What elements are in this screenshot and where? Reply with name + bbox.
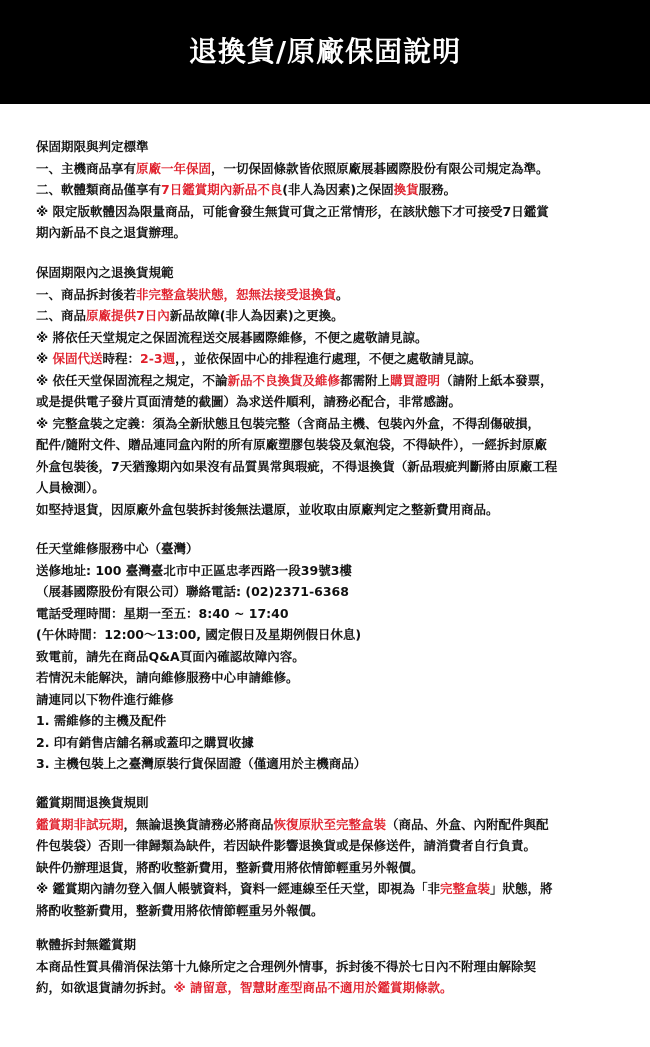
body-text: ※ 限定版軟體因為限量商品，可能會發生無貨可貨之正常情形，在該狀態下才可接受7日…	[36, 204, 549, 219]
highlight-text: 非完整盒裝狀態，恕無法接受退換貨	[136, 287, 336, 302]
body-text: 時程：	[103, 351, 141, 366]
section-appreciation-period: 鑑賞期間退換貨規則 鑑賞期非試玩期，無論退換貨請務必將商品恢復原狀至完整盒裝（商…	[36, 792, 626, 921]
body-text: 約，如欲退貨請勿拆封。	[36, 980, 174, 995]
text-line: (午休時間：12:00～13:00, 國定假日及星期例假日休息)	[36, 624, 626, 646]
body-text: 送修地址: 100 臺灣臺北市中正區忠孝西路一段39號3樓	[36, 563, 352, 578]
text-line: （展碁國際股份有限公司）聯絡電話: (02)2371-6368	[36, 581, 626, 603]
body-text: 服務。	[419, 182, 457, 197]
body-text: （請附上紙本發票，	[440, 373, 553, 388]
body-text: (非人為因素)之保固	[282, 182, 393, 197]
body-text: 期內新品不良之退貨辦理。	[36, 225, 186, 240]
highlight-text: 恢復原狀至完整盒裝	[274, 817, 387, 832]
text-line: 本商品性質具備消保法第十九條所定之合理例外情事，拆封後不得於七日內不附理由解除契	[36, 956, 626, 978]
text-line: ※ 保固代送時程：2-3週，，並依保固中心的排程進行處理，不便之處敬請見諒。	[36, 348, 626, 370]
body-text: 2. 印有銷售店舖名稱或蓋印之購買收據	[36, 735, 254, 750]
section-service-center: 任天堂維修服務中心（臺灣） 送修地址: 100 臺灣臺北市中正區忠孝西路一段39…	[36, 538, 626, 775]
text-line: 或是提供電子發片頁面清楚的截圖）為求送件順利，請務必配合，非常感謝。	[36, 391, 626, 413]
body-text: 請連同以下物件進行維修	[36, 692, 174, 707]
body-text: 」狀態，將	[490, 881, 553, 896]
body-text: 缺件仍辦理退貨，將酌收整新費用，整新費用將依情節輕重另外報價。	[36, 860, 424, 875]
section-title: 鑑賞期間退換貨規則	[36, 792, 626, 814]
body-text: 本商品性質具備消保法第十九條所定之合理例外情事，拆封後不得於七日內不附理由解除契	[36, 959, 536, 974]
body-text: 致電前，請先在商品Q&A頁面內確認故障內容。	[36, 649, 305, 664]
body-text: 若情況未能解決，請向維修服務中心申請維修。	[36, 670, 299, 685]
body-text: ，一切保固條款皆依照原廠展碁國際股份有限公司規定為準。	[211, 161, 549, 176]
text-line: 2. 印有銷售店舖名稱或蓋印之購買收據	[36, 732, 626, 754]
body-text: 電話受理時間：星期一至五：8:40 ~ 17:40	[36, 606, 289, 621]
text-line: 期內新品不良之退貨辦理。	[36, 222, 626, 244]
section-title: 任天堂維修服務中心（臺灣）	[36, 538, 626, 560]
text-line: 如堅持退貨，因原廠外盒包裝拆封後無法還原，並收取由原廠判定之整新費用商品。	[36, 499, 626, 521]
body-text: 或是提供電子發片頁面清楚的截圖）為求送件順利，請務必配合，非常感謝。	[36, 394, 461, 409]
text-line: ※ 將依任天堂規定之保固流程送交展碁國際維修，不便之處敬請見諒。	[36, 327, 626, 349]
text-line: 若情況未能解決，請向維修服務中心申請維修。	[36, 667, 626, 689]
page-title: 退換貨/原廠保固說明	[189, 30, 461, 70]
body-text: 人員檢測）。	[36, 480, 105, 495]
body-text: ※ 鑑賞期內請勿登入個人帳號資料，資料一經連線至任天堂，即視為「非	[36, 881, 440, 896]
text-line: ※ 鑑賞期內請勿登入個人帳號資料，資料一經連線至任天堂，即視為「非完整盒裝」狀態…	[36, 878, 626, 900]
section-title: 保固期限與判定標準	[36, 136, 626, 158]
text-line: 致電前，請先在商品Q&A頁面內確認故障內容。	[36, 646, 626, 668]
section-body: 本商品性質具備消保法第十九條所定之合理例外情事，拆封後不得於七日內不附理由解除契…	[36, 956, 626, 999]
body-text: 3. 主機包裝上之臺灣原裝行貨保固證（僅適用於主機商品）	[36, 756, 366, 771]
text-line: ※ 依任天堂保固流程之規定，不論新品不良換貨及維修都需附上購買證明（請附上紙本發…	[36, 370, 626, 392]
body-text: ，，並依保固中心的排程進行處理，不便之處敬請見諒。	[175, 351, 481, 366]
text-line: 鑑賞期非試玩期，無論退換貨請務必將商品恢復原狀至完整盒裝（商品、外盒、內附配件與…	[36, 814, 626, 836]
body-text: ，無論退換貨請務必將商品	[124, 817, 274, 832]
body-text: ※ 將依任天堂規定之保固流程送交展碁國際維修，不便之處敬請見諒。	[36, 330, 428, 345]
text-line: 件包裝袋）否則一律歸類為缺件，若因缺件影響退換貨或是保修送件，請消費者自行負責。	[36, 835, 626, 857]
section-body: 送修地址: 100 臺灣臺北市中正區忠孝西路一段39號3樓（展碁國際股份有限公司…	[36, 560, 626, 775]
section-body: 一、主機商品享有原廠一年保固，一切保固條款皆依照原廠展碁國際股份有限公司規定為準…	[36, 158, 626, 244]
highlight-text: 新品不良換貨及維修	[228, 373, 341, 388]
section-software-unsealed: 軟體拆封無鑑賞期 本商品性質具備消保法第十九條所定之合理例外情事，拆封後不得於七…	[36, 934, 626, 999]
highlight-text: 完整盒裝	[440, 881, 490, 896]
text-line: 請連同以下物件進行維修	[36, 689, 626, 711]
text-line: 人員檢測）。	[36, 477, 626, 499]
text-line: 二、商品原廠提供7日內新品故障(非人為因素)之更換。	[36, 305, 626, 327]
highlight-text: 7日鑑賞期內新品不良	[161, 182, 282, 197]
body-text: 。	[336, 287, 349, 302]
highlight-text: 鑑賞期非試玩期	[36, 817, 124, 832]
body-text: ※	[36, 351, 53, 366]
text-line: 外盒包裝後，7天猶豫期內如果沒有品質異常與瑕疵，不得退換貨（新品瑕疵判斷將由原廠…	[36, 456, 626, 478]
text-line: ※ 完整盒裝之定義：須為全新狀態且包裝完整（含商品主機、包裝內外盒，不得刮傷破損…	[36, 413, 626, 435]
text-line: 將酌收整新費用，整新費用將依情節輕重另外報價。	[36, 900, 626, 922]
text-line: 配件/隨附文件、贈品連同盒內附的所有原廠塑膠包裝袋及氣泡袋，不得缺件），一經拆封…	[36, 434, 626, 456]
text-line: 一、主機商品享有原廠一年保固，一切保固條款皆依照原廠展碁國際股份有限公司規定為準…	[36, 158, 626, 180]
body-text: (午休時間：12:00～13:00, 國定假日及星期例假日休息)	[36, 627, 361, 642]
body-text: （商品、外盒、內附配件與配	[386, 817, 549, 832]
body-text: ※ 依任天堂保固流程之規定，不論	[36, 373, 228, 388]
text-line: 1. 需維修的主機及配件	[36, 710, 626, 732]
section-return-rules: 保固期限內之退換貨規範 一、商品拆封後若非完整盒裝狀態，恕無法接受退換貨。二、商…	[36, 262, 626, 520]
body-text: 如堅持退貨，因原廠外盒包裝拆封後無法還原，並收取由原廠判定之整新費用商品。	[36, 502, 499, 517]
text-line: 電話受理時間：星期一至五：8:40 ~ 17:40	[36, 603, 626, 625]
highlight-text: 2-3週	[140, 351, 175, 366]
body-text: （展碁國際股份有限公司）聯絡電話: (02)2371-6368	[36, 584, 349, 599]
body-text: 外盒包裝後，7天猶豫期內如果沒有品質異常與瑕疵，不得退換貨（新品瑕疵判斷將由原廠…	[36, 459, 557, 474]
text-line: 3. 主機包裝上之臺灣原裝行貨保固證（僅適用於主機商品）	[36, 753, 626, 775]
body-text: ※ 完整盒裝之定義：須為全新狀態且包裝完整（含商品主機、包裝內外盒，不得刮傷破損…	[36, 416, 540, 431]
section-warranty-period: 保固期限與判定標準 一、主機商品享有原廠一年保固，一切保固條款皆依照原廠展碁國際…	[36, 136, 626, 244]
highlight-text: 原廠一年保固	[136, 161, 211, 176]
text-line: 約，如欲退貨請勿拆封。※ 請留意，智慧財產型商品不適用於鑑賞期條款。	[36, 977, 626, 999]
section-title: 保固期限內之退換貨規範	[36, 262, 626, 284]
body-text: 一、主機商品享有	[36, 161, 136, 176]
section-title: 軟體拆封無鑑賞期	[36, 934, 626, 956]
section-body: 鑑賞期非試玩期，無論退換貨請務必將商品恢復原狀至完整盒裝（商品、外盒、內附配件與…	[36, 814, 626, 922]
highlight-text: 購買證明	[390, 373, 440, 388]
body-text: 二、商品	[36, 308, 86, 323]
text-line: 一、商品拆封後若非完整盒裝狀態，恕無法接受退換貨。	[36, 284, 626, 306]
body-text: 配件/隨附文件、贈品連同盒內附的所有原廠塑膠包裝袋及氣泡袋，不得缺件），一經拆封…	[36, 437, 547, 452]
page-header: 退換貨/原廠保固說明	[0, 0, 650, 104]
body-text: 新品故障(非人為因素)之更換。	[170, 308, 344, 323]
body-text: 件包裝袋）否則一律歸類為缺件，若因缺件影響退換貨或是保修送件，請消費者自行負責。	[36, 838, 536, 853]
body-text: 1. 需維修的主機及配件	[36, 713, 166, 728]
highlight-text: 原廠提供7日內	[86, 308, 170, 323]
text-line: 送修地址: 100 臺灣臺北市中正區忠孝西路一段39號3樓	[36, 560, 626, 582]
body-text: 將酌收整新費用，整新費用將依情節輕重另外報價。	[36, 903, 324, 918]
body-text: 一、商品拆封後若	[36, 287, 136, 302]
section-body: 一、商品拆封後若非完整盒裝狀態，恕無法接受退換貨。二、商品原廠提供7日內新品故障…	[36, 284, 626, 521]
text-line: 二、軟體類商品僅享有7日鑑賞期內新品不良(非人為因素)之保固換貨服務。	[36, 179, 626, 201]
highlight-text: ※ 請留意，智慧財產型商品不適用於鑑賞期條款。	[174, 980, 453, 995]
highlight-text: 換貨	[394, 182, 419, 197]
text-line: ※ 限定版軟體因為限量商品，可能會發生無貨可貨之正常情形，在該狀態下才可接受7日…	[36, 201, 626, 223]
text-line: 缺件仍辦理退貨，將酌收整新費用，整新費用將依情節輕重另外報價。	[36, 857, 626, 879]
highlight-text: 保固代送	[53, 351, 103, 366]
body-text: 二、軟體類商品僅享有	[36, 182, 161, 197]
body-text: 都需附上	[340, 373, 390, 388]
